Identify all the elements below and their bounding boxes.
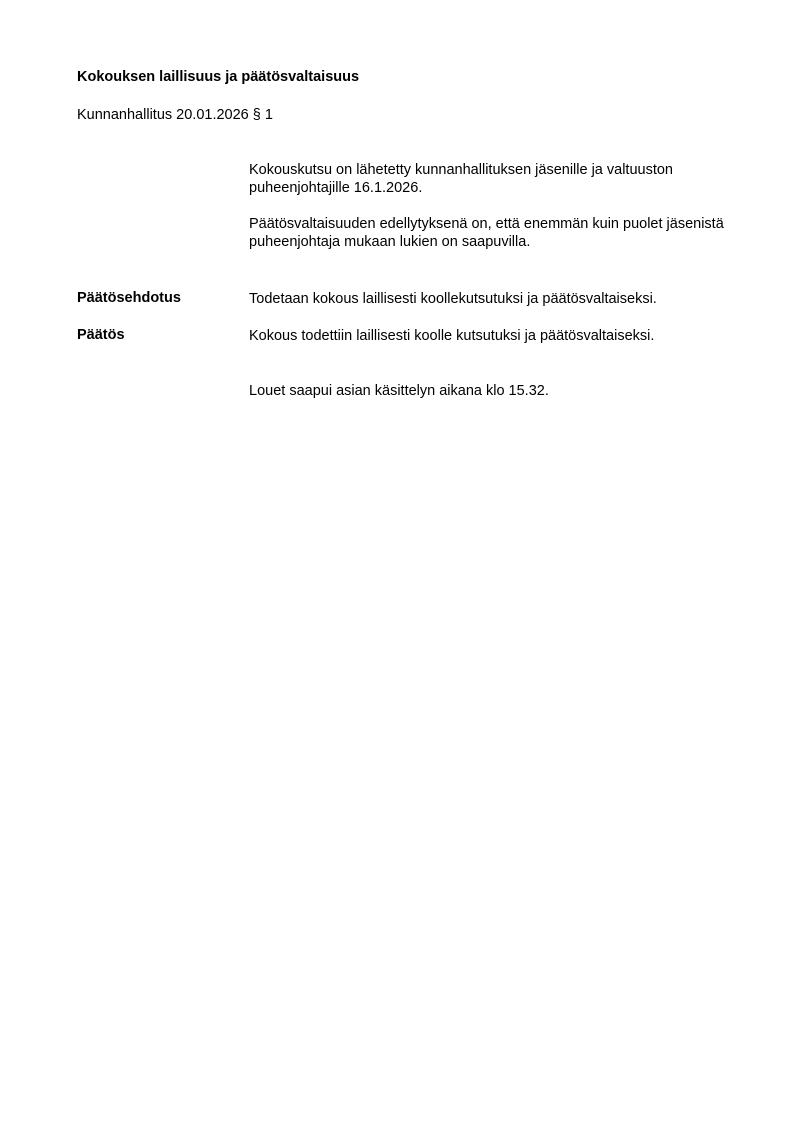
decision-text: Kokous todettiin laillisesti koolle kuts… [249,327,729,345]
invitation-paragraph: Kokouskutsu on lähetetty kunnanhallituks… [249,161,729,197]
meeting-reference: Kunnanhallitus 20.01.2026 § 1 [77,107,273,123]
decision-label: Päätös [77,327,125,343]
proposal-label: Päätösehdotus [77,290,181,306]
document-title: Kokouksen laillisuus ja päätösvaltaisuus [77,69,359,85]
quorum-paragraph: Päätösvaltaisuuden edellytyksenä on, ett… [249,215,729,251]
proposal-text: Todetaan kokous laillisesti koollekutsut… [249,290,729,308]
decision-note: Louet saapui asian käsittelyn aikana klo… [249,382,729,400]
